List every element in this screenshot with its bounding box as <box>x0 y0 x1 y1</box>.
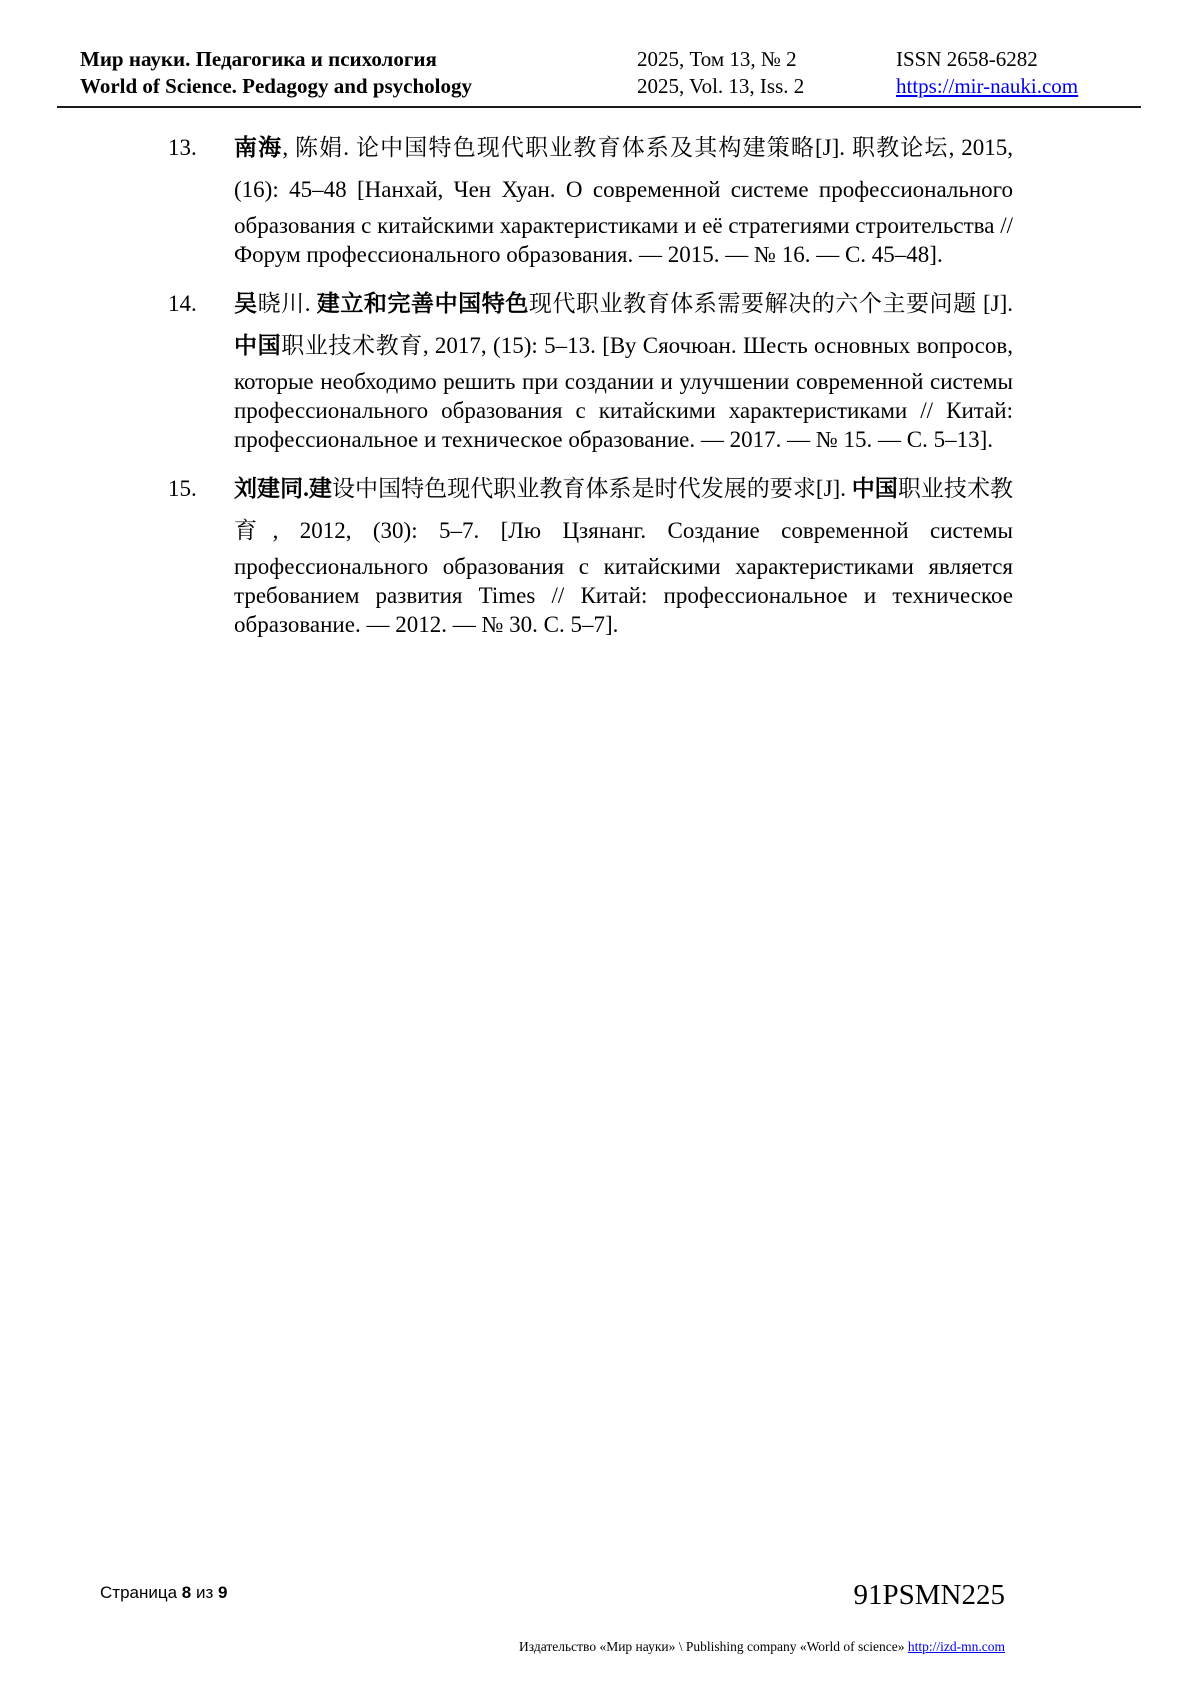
reference-title-cjk: 设中国特色现代职业教育体系是时代发展的要求[J]. <box>332 476 852 501</box>
reference-author-cjk: 吴 <box>234 291 258 316</box>
reference-text: 吴晓川. 建立和完善中国特色现代职业教育体系需要解决的六个主要问题 [J]. 中… <box>234 283 1013 454</box>
reference-journal-cjk: 职业技术教育, 2017, (15): 5–13. <box>281 333 602 358</box>
publisher-link[interactable]: http://izd-mn.com <box>908 1639 1005 1654</box>
page-label: Страница <box>100 1583 177 1602</box>
page-total: 9 <box>218 1583 227 1602</box>
reference-item-15: 15. 刘建同.建设中国特色现代职业教育体系是时代发展的要求[J]. 中国职业技… <box>168 468 1013 639</box>
issue-info-ru: 2025, Том 13, № 2 <box>637 46 804 73</box>
issue-info-en: 2025, Vol. 13, Iss. 2 <box>637 73 804 100</box>
reference-translation: 45–48 [Нанхай, Чен Хуан. О современной с… <box>234 177 1013 267</box>
reference-author-cjk: 南海 <box>234 135 282 160</box>
reference-title-cjk: 现代职业教育体系需要解决的六个主要问题 [J]. <box>529 291 1013 316</box>
page-of-label: из <box>196 1583 213 1602</box>
journal-title-en: World of Science. Pedagogy and psycholog… <box>80 73 472 100</box>
reference-journal-cjk: 中国 <box>234 333 281 358</box>
reference-title-cjk: 建立和完善中国特色 <box>317 291 529 316</box>
reference-number: 15. <box>168 468 234 639</box>
publisher-line: Издательство «Мир науки» \ Publishing co… <box>519 1638 1005 1655</box>
reference-text: 南海, 陈娟. 论中国特色现代职业教育体系及其构建策略[J]. 职教论坛, 20… <box>234 127 1013 269</box>
reference-item-14: 14. 吴晓川. 建立和完善中国特色现代职业教育体系需要解决的六个主要问题 [J… <box>168 283 1013 454</box>
document-page: Мир науки. Педагогика и психология World… <box>0 0 1200 1697</box>
reference-number: 13. <box>168 127 234 269</box>
header-divider <box>57 106 1141 108</box>
journal-title-ru: Мир науки. Педагогика и психология <box>80 46 472 73</box>
publisher-text: Издательство «Мир науки» \ Publishing co… <box>519 1639 904 1654</box>
page-current: 8 <box>182 1583 191 1602</box>
reference-text: 刘建同.建设中国特色现代职业教育体系是时代发展的要求[J]. 中国职业技术教育,… <box>234 468 1013 639</box>
issn-number: ISSN 2658-6282 <box>896 46 1078 73</box>
reference-item-13: 13. 南海, 陈娟. 论中国特色现代职业教育体系及其构建策略[J]. 职教论坛… <box>168 127 1013 269</box>
reference-journal-cjk: 中国 <box>852 476 898 501</box>
issn-block: ISSN 2658-6282 https://mir-nauki.com <box>896 46 1078 100</box>
reference-number: 14. <box>168 283 234 454</box>
issue-info-block: 2025, Том 13, № 2 2025, Vol. 13, Iss. 2 <box>637 46 804 100</box>
document-code: 91PSMN225 <box>854 1578 1006 1612</box>
journal-title-block: Мир науки. Педагогика и психология World… <box>80 46 472 100</box>
reference-author-cjk: 晓川. <box>258 291 317 316</box>
reference-author-cjk: 刘建同.建 <box>234 476 332 501</box>
page-indicator: Страница 8 из 9 <box>100 1583 228 1603</box>
reference-list: 13. 南海, 陈娟. 论中国特色现代职业教育体系及其构建策略[J]. 职教论坛… <box>168 127 1013 653</box>
journal-site-link[interactable]: https://mir-nauki.com <box>896 74 1078 98</box>
